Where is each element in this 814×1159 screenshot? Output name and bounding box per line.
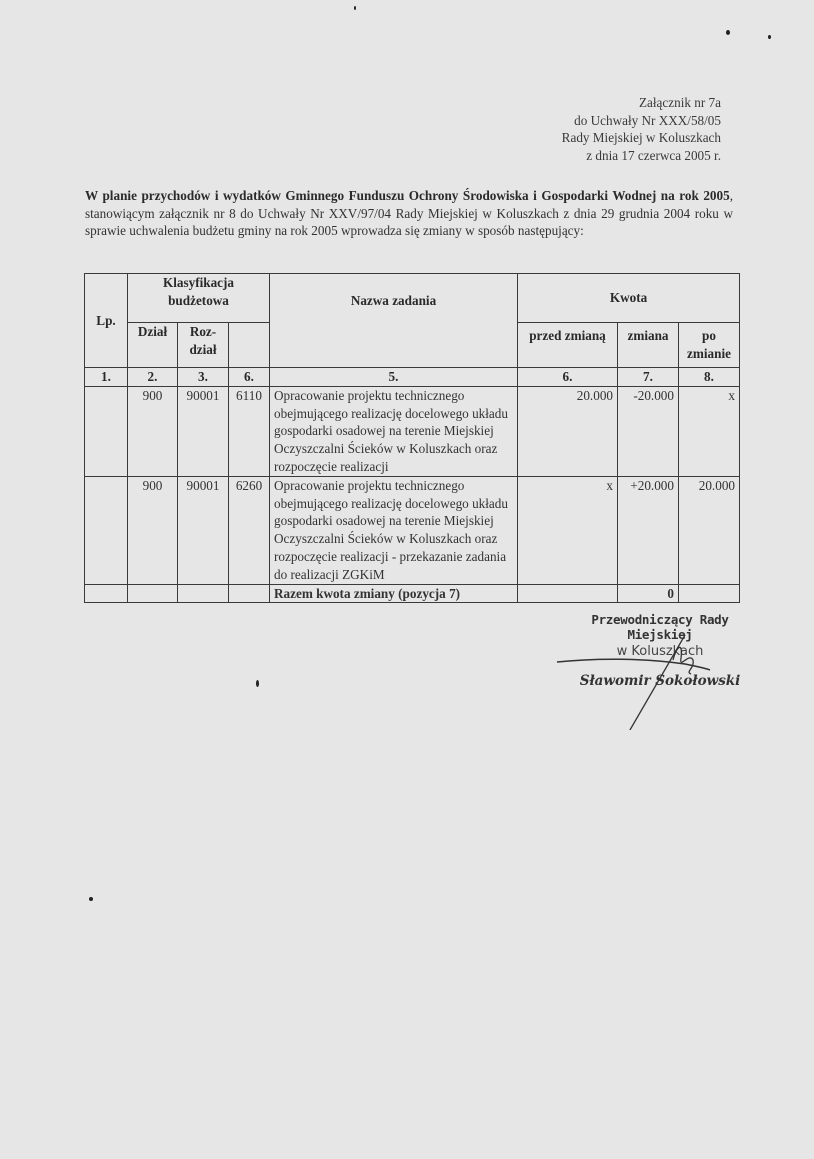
cell-empty bbox=[679, 584, 740, 603]
num-cell: 7. bbox=[618, 368, 679, 387]
table-row: 900 90001 6260 Opracowanie projektu tech… bbox=[85, 476, 740, 584]
col-nazwa: Nazwa zadania bbox=[270, 274, 518, 368]
cell-empty bbox=[85, 584, 128, 603]
cell-empty bbox=[128, 584, 178, 603]
total-value: 0 bbox=[618, 584, 679, 603]
cell-empty bbox=[178, 584, 229, 603]
cell-dzial: 900 bbox=[128, 386, 178, 476]
cell-lp bbox=[85, 386, 128, 476]
col-przed: przed zmianą bbox=[518, 323, 618, 368]
total-label: Razem kwota zmiany (pozycja 7) bbox=[270, 584, 518, 603]
scan-speck bbox=[256, 680, 259, 687]
cell-przed: x bbox=[518, 476, 618, 584]
cell-empty bbox=[518, 584, 618, 603]
cell-nazwa: Opracowanie projektu technicznego obejmu… bbox=[270, 476, 518, 584]
cell-dzial: 900 bbox=[128, 476, 178, 584]
num-cell: 6. bbox=[518, 368, 618, 387]
intro-bold: W planie przychodów i wydatków Gminnego … bbox=[85, 188, 730, 203]
handwritten-signature-icon bbox=[555, 630, 755, 730]
cell-zmiana: -20.000 bbox=[618, 386, 679, 476]
header-row: Lp. Klasyfikacja budżetowa Nazwa zadania… bbox=[85, 274, 740, 323]
table-row: 900 90001 6110 Opracowanie projektu tech… bbox=[85, 386, 740, 476]
num-cell: 2. bbox=[128, 368, 178, 387]
cell-po: x bbox=[679, 386, 740, 476]
scan-speck bbox=[89, 897, 93, 901]
total-row: Razem kwota zmiany (pozycja 7) 0 bbox=[85, 584, 740, 603]
scan-speck bbox=[354, 6, 356, 10]
num-cell: 5. bbox=[270, 368, 518, 387]
cell-lp bbox=[85, 476, 128, 584]
col-lp: Lp. bbox=[85, 274, 128, 368]
scan-speck bbox=[726, 30, 730, 35]
budget-table: Lp. Klasyfikacja budżetowa Nazwa zadania… bbox=[84, 273, 740, 603]
header-line: Rady Miejskiej w Koluszkach bbox=[562, 129, 721, 147]
cell-po: 20.000 bbox=[679, 476, 740, 584]
cell-paragraf: 6260 bbox=[229, 476, 270, 584]
cell-rozdzial: 90001 bbox=[178, 476, 229, 584]
header-line: Załącznik nr 7a bbox=[562, 94, 721, 112]
intro-paragraph: W planie przychodów i wydatków Gminnego … bbox=[85, 187, 733, 240]
cell-nazwa: Opracowanie projektu technicznego obejmu… bbox=[270, 386, 518, 476]
col-kwota: Kwota bbox=[518, 274, 740, 323]
cell-paragraf: 6110 bbox=[229, 386, 270, 476]
num-cell: 1. bbox=[85, 368, 128, 387]
header-line: do Uchwały Nr XXX/58/05 bbox=[562, 112, 721, 130]
num-cell: 3. bbox=[178, 368, 229, 387]
cell-empty bbox=[229, 584, 270, 603]
cell-rozdzial: 90001 bbox=[178, 386, 229, 476]
attachment-header: Załącznik nr 7a do Uchwały Nr XXX/58/05 … bbox=[562, 94, 721, 164]
col-po: po zmianie bbox=[679, 323, 740, 368]
col-rozdzial: Roz-dział bbox=[178, 323, 229, 368]
numbering-row: 1. 2. 3. 6. 5. 6. 7. 8. bbox=[85, 368, 740, 387]
scan-speck bbox=[768, 35, 771, 39]
cell-zmiana: +20.000 bbox=[618, 476, 679, 584]
header-line: z dnia 17 czerwca 2005 r. bbox=[562, 147, 721, 165]
col-paragraf bbox=[229, 323, 270, 368]
col-zmiana: zmiana bbox=[618, 323, 679, 368]
cell-przed: 20.000 bbox=[518, 386, 618, 476]
col-dzial: Dział bbox=[128, 323, 178, 368]
col-klasyfikacja: Klasyfikacja budżetowa bbox=[128, 274, 270, 323]
num-cell: 6. bbox=[229, 368, 270, 387]
num-cell: 8. bbox=[679, 368, 740, 387]
